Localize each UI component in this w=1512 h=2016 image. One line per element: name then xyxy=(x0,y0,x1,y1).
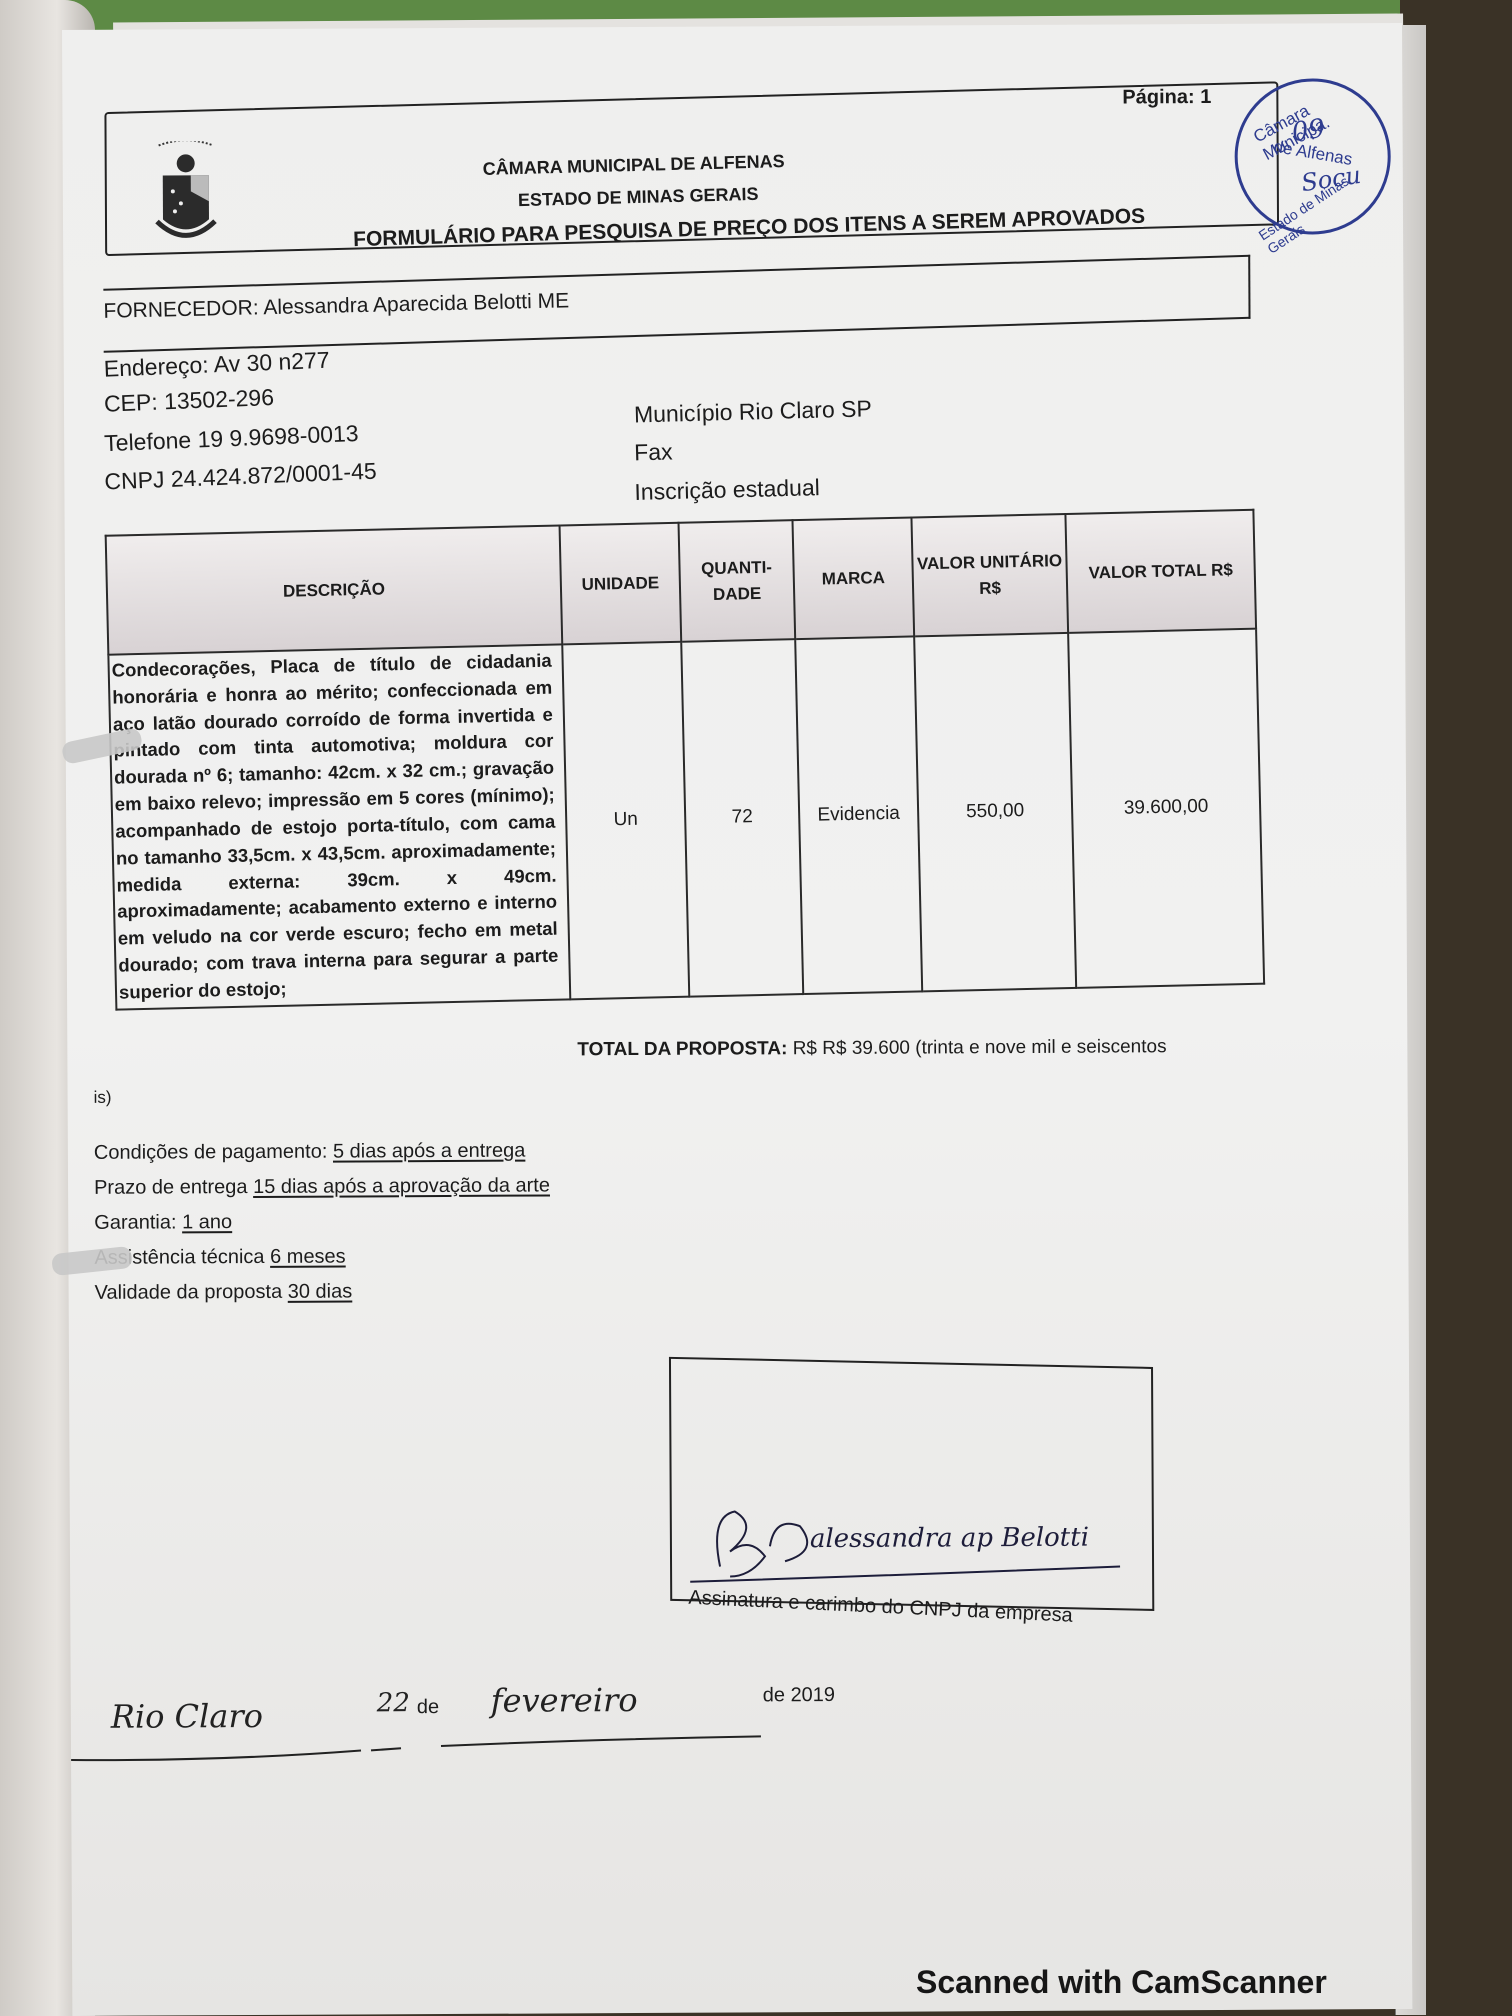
date-de: de xyxy=(417,1696,439,1719)
supplier-state-registration: Inscrição estadual xyxy=(634,474,820,506)
proposal-total: TOTAL DA PROPOSTA: R$ R$ 39.600 (trinta … xyxy=(577,1036,1166,1061)
warranty: Garantia: 1 ano xyxy=(94,1211,232,1235)
cell-marca: Evidencia xyxy=(795,636,922,993)
total-label: TOTAL DA PROPOSTA: xyxy=(577,1038,787,1060)
date-month: fevereiro xyxy=(491,1681,638,1720)
date-year: de 2019 xyxy=(763,1684,835,1707)
supplier-phone: Telefone 19 9.9698-0013 xyxy=(104,420,359,457)
total-continuation: is) xyxy=(94,1088,112,1108)
supplier-cnpj: CNPJ 24.424.872/0001-45 xyxy=(104,458,377,496)
cell-descricao: Condecorações, Placa de título de cidada… xyxy=(108,644,570,1009)
supplier-municipality: Município Rio Claro SP xyxy=(634,395,872,428)
table-row: Condecorações, Placa de título de cidada… xyxy=(108,629,1264,1010)
page-number: Página: 1 xyxy=(1122,86,1211,109)
technical-assistance: Assistência técnica 6 meses xyxy=(94,1246,345,1270)
cell-valor-unitario: 550,00 xyxy=(914,633,1076,991)
payment-terms: Condições de pagamento: 5 dias após a en… xyxy=(94,1140,526,1165)
cell-unidade: Un xyxy=(562,642,689,999)
total-value: R$ R$ 39.600 (trinta e nove mil e seisce… xyxy=(793,1036,1167,1059)
supplier-fax: Fax xyxy=(634,438,673,466)
col-unidade: UNIDADE xyxy=(560,523,682,645)
delivery-terms: Prazo de entrega 15 dias após a aprovaçã… xyxy=(94,1174,550,1199)
col-marca: MARCA xyxy=(792,517,914,639)
supplier-address: Endereço: Av 30 n277 xyxy=(103,347,330,383)
proposal-validity: Validade da proposta 30 dias xyxy=(95,1280,353,1304)
cell-valor-total: 39.600,00 xyxy=(1068,629,1264,988)
cell-quantidade: 72 xyxy=(681,639,803,996)
col-quantidade: QUANTI- DADE xyxy=(679,520,796,642)
items-table: DESCRIÇÃO UNIDADE QUANTI- DADE MARCA VAL… xyxy=(105,509,1265,1011)
supplier-cep: CEP: 13502-296 xyxy=(103,384,274,418)
coat-of-arms-icon xyxy=(151,141,222,251)
camscanner-watermark: Scanned with CamScanner xyxy=(916,1964,1327,2001)
col-descricao: DESCRIÇÃO xyxy=(106,525,563,654)
signature-name: alessandra ap Belotti xyxy=(810,1523,1089,1554)
col-valor-unitario: VALOR UNITÁRIO R$ xyxy=(911,514,1068,636)
date-day: 22 xyxy=(377,1688,410,1718)
col-valor-total: VALOR TOTAL R$ xyxy=(1065,510,1256,633)
document-page: Página: 1 CÂMARA MUNICIPAL DE ALFENAS ES… xyxy=(62,23,1412,2016)
date-city: Rio Claro xyxy=(111,1697,263,1736)
